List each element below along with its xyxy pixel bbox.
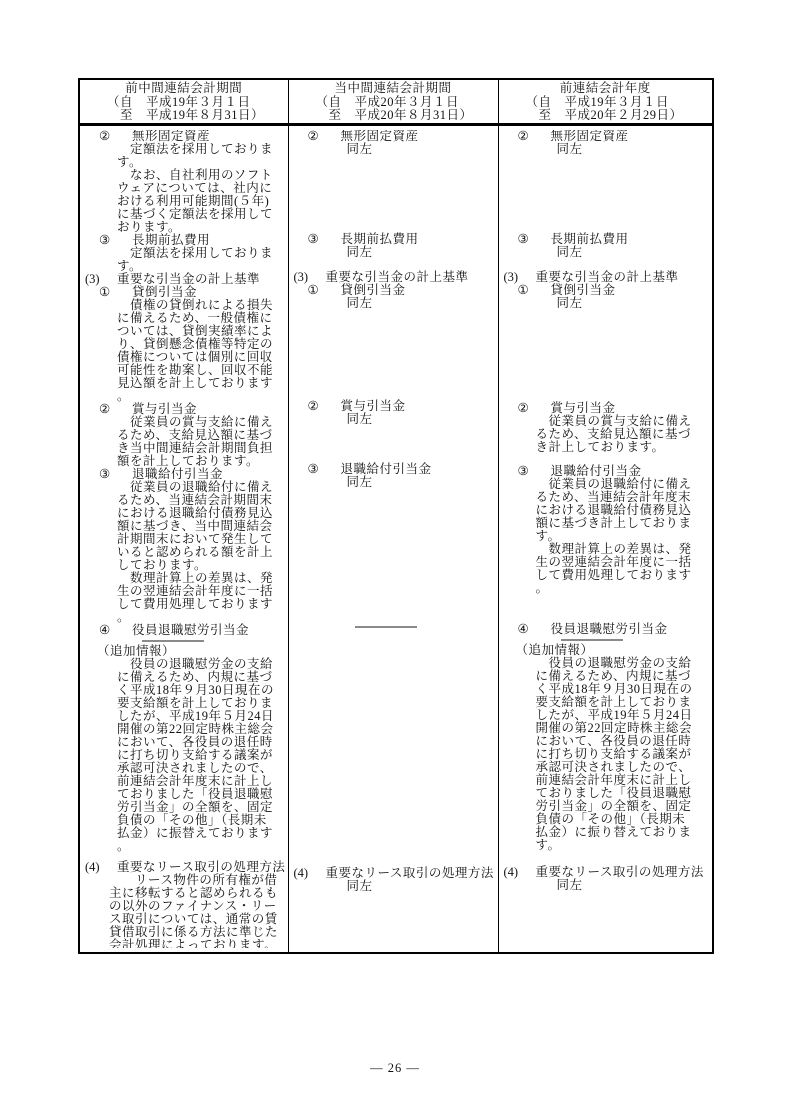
item-title: 重要なリース取引の処理方法 <box>117 860 285 874</box>
item-number: ② <box>518 130 551 143</box>
item-number: ③ <box>308 233 341 246</box>
item-title: 重要なリース取引の処理方法 <box>326 866 494 880</box>
item-title: 無形固定資産 <box>341 130 419 143</box>
item-heading: ②賞与引当金 <box>293 400 498 413</box>
period-title: 前連結会計年度 <box>499 82 713 96</box>
paragraph: 数理計算上の差異は、発生の翌連結会計年度に一括して費用処理しております。 <box>536 543 696 595</box>
item-heading: ③退職給付引当金 <box>84 468 288 481</box>
item-number: ④ <box>518 623 551 636</box>
item-title: 賞与引当金 <box>551 401 616 415</box>
paragraph: 従業員の賞与支給に備えるため、支給見込額に基づき計上しております。 <box>536 415 696 454</box>
paragraph: 定額法を採用しております。 <box>117 143 277 169</box>
item-number: ② <box>99 130 132 143</box>
item-title: 重要なリース取引の処理方法 <box>536 865 704 879</box>
ditto-same-as-left: 同左 <box>293 246 498 259</box>
item-title: 貸倒引当金 <box>132 285 197 299</box>
item-number: ③ <box>308 463 341 476</box>
period-title: 前中間連結会計期間 <box>80 82 288 96</box>
item-title: 退職給付引当金 <box>551 464 642 478</box>
spacer <box>293 489 498 623</box>
ditto-same-as-left: 同左 <box>503 297 713 310</box>
item-title: 退職給付引当金 <box>132 467 223 481</box>
item-number: ② <box>518 402 551 415</box>
section-heading: (4)重要なリース取引の処理方法 <box>293 867 498 880</box>
column-cell-prior-fiscal-year: ②無形固定資産同左③長期前払費用同左(3)重要な引当金の計上基準①貸倒引当金同左… <box>498 124 713 953</box>
period-from-date: （自 平成19年３月１日 <box>499 96 713 110</box>
ditto-same-as-left: 同左 <box>293 476 498 489</box>
column-cell-prior-interim-period: ②無形固定資産定額法を採用しております。なお、自社利用のソフトウェアについては、… <box>79 124 288 953</box>
separator-rule <box>142 640 204 642</box>
ditto-same-as-left: 同左 <box>503 879 713 892</box>
item-heading: ③長期前払費用 <box>503 233 713 246</box>
item-number: ① <box>308 284 341 297</box>
spacer <box>293 426 498 463</box>
document-page: 前中間連結会計期間（自 平成19年３月１日至 平成19年８月31日）当中間連結会… <box>0 0 790 1118</box>
additional-info-label: （追加情報） <box>84 645 288 658</box>
spacer <box>503 595 713 623</box>
paragraph: 従業員の退職給付に備えるため、当連結会計期間末における退職給付債務見込額に基づき… <box>117 481 277 572</box>
item-number: (4) <box>294 867 326 880</box>
item-heading: ④役員退職慰労引当金 <box>503 623 713 636</box>
item-title: 長期前払費用 <box>341 232 419 246</box>
item-title: 賞与引当金 <box>132 402 197 416</box>
period-to-date: 至 平成20年８月31日） <box>289 109 498 123</box>
ditto-same-as-left: 同左 <box>293 143 498 156</box>
column-header-0: 前中間連結会計期間（自 平成19年３月１日至 平成19年８月31日） <box>79 79 288 124</box>
spacer <box>293 156 498 233</box>
item-number: (3) <box>85 273 117 286</box>
item-heading: ②賞与引当金 <box>503 402 713 415</box>
item-heading: ①貸倒引当金 <box>84 286 288 299</box>
item-number: ③ <box>518 465 551 478</box>
paragraph: 役員の退職慰労金の支給に備えるため、内規に基づく平成18年９月30日現在の要支給… <box>536 657 696 852</box>
column-header-1: 当中間連結会計期間（自 平成20年３月１日至 平成20年８月31日） <box>288 79 498 124</box>
item-title: 長期前払費用 <box>551 232 629 246</box>
item-title: 役員退職慰労引当金 <box>132 623 249 637</box>
item-title: 役員退職慰労引当金 <box>551 622 668 636</box>
period-from-date: （自 平成20年３月１日 <box>289 96 498 110</box>
ditto-same-as-left: 同左 <box>293 880 498 893</box>
item-title: 重要な引当金の計上基準 <box>536 270 679 284</box>
item-heading: ①貸倒引当金 <box>503 284 713 297</box>
period-title: 当中間連結会計期間 <box>289 82 498 96</box>
table-header-row: 前中間連結会計期間（自 平成19年３月１日至 平成19年８月31日）当中間連結会… <box>79 79 713 124</box>
item-title: 退職給付引当金 <box>341 462 432 476</box>
item-title: 重要な引当金の計上基準 <box>326 270 469 284</box>
item-heading: ②無形固定資産 <box>503 130 713 143</box>
separator-rule <box>355 626 417 628</box>
spacer <box>503 156 713 233</box>
paragraph: 定額法を採用しております。 <box>117 247 277 273</box>
item-heading: ②賞与引当金 <box>84 403 288 416</box>
separator-rule <box>561 639 623 641</box>
item-heading: ③長期前払費用 <box>84 234 288 247</box>
item-heading: ④役員退職慰労引当金 <box>84 624 288 637</box>
item-number: (4) <box>85 861 117 874</box>
item-heading: ③退職給付引当金 <box>293 463 498 476</box>
item-number: ① <box>99 286 132 299</box>
item-number: ③ <box>518 233 551 246</box>
item-number: (3) <box>504 271 536 284</box>
period-to-date: 至 平成19年８月31日） <box>80 109 288 123</box>
item-title: 長期前払費用 <box>132 233 210 247</box>
paragraph: 従業員の賞与支給に備えるため、支給見込額に基づき当中間連結会計期間負担額を計上し… <box>117 416 277 468</box>
paragraph: 従業員の退職給付に備えるため、当連結会計年度末における退職給付債務見込額に基づき… <box>536 478 696 543</box>
ditto-same-as-left: 同左 <box>293 297 498 310</box>
ditto-same-as-left: 同左 <box>503 143 713 156</box>
cell-content: ②無形固定資産定額法を採用しております。なお、自社利用のソフトウェアについては、… <box>84 130 288 948</box>
accounting-policies-table: 前中間連結会計期間（自 平成19年３月１日至 平成19年８月31日）当中間連結会… <box>78 78 714 954</box>
item-number: ③ <box>99 468 132 481</box>
period-to-date: 至 平成20年２月29日） <box>499 109 713 123</box>
period-from-date: （自 平成19年３月１日 <box>80 96 288 110</box>
item-title: 貸倒引当金 <box>551 283 616 297</box>
section-heading: (4)重要なリース取引の処理方法 <box>84 861 288 874</box>
item-number: (4) <box>504 866 536 879</box>
spacer <box>293 631 498 867</box>
column-cell-current-interim-period: ②無形固定資産同左③長期前払費用同左(3)重要な引当金の計上基準①貸倒引当金同左… <box>288 124 498 953</box>
item-heading: ②無形固定資産 <box>84 130 288 143</box>
item-number: ③ <box>99 234 132 247</box>
additional-info-label: （追加情報） <box>503 644 713 657</box>
item-heading: ③長期前払費用 <box>293 233 498 246</box>
ditto-same-as-left: 同左 <box>293 413 498 426</box>
section-heading: (4)重要なリース取引の処理方法 <box>503 866 713 879</box>
spacer <box>503 310 713 402</box>
item-number: ① <box>518 284 551 297</box>
table-body-row: ②無形固定資産定額法を採用しております。なお、自社利用のソフトウェアについては、… <box>79 124 713 953</box>
page-number: ― 26 ― <box>0 1061 790 1076</box>
cell-content: ②無形固定資産同左③長期前払費用同左(3)重要な引当金の計上基準①貸倒引当金同左… <box>503 130 713 948</box>
spacer <box>293 310 498 400</box>
item-number: ② <box>99 403 132 416</box>
item-heading: ③退職給付引当金 <box>503 465 713 478</box>
item-heading: ②無形固定資産 <box>293 130 498 143</box>
item-title: 賞与引当金 <box>341 399 406 413</box>
item-title: 無形固定資産 <box>132 130 210 143</box>
item-number: (3) <box>294 271 326 284</box>
item-number: ② <box>308 400 341 413</box>
item-title: 重要な引当金の計上基準 <box>117 272 260 286</box>
item-heading: ①貸倒引当金 <box>293 284 498 297</box>
paragraph: なお、自社利用のソフトウェアについては、社内における利用可能期間(５年)に基づく… <box>117 169 277 234</box>
item-title: 貸倒引当金 <box>341 283 406 297</box>
item-number: ② <box>308 130 341 143</box>
paragraph: 役員の退職慰労金の支給に備えるため、内規に基づく平成18年９月30日現在の要支給… <box>117 658 277 853</box>
cell-content: ②無形固定資産同左③長期前払費用同左(3)重要な引当金の計上基準①貸倒引当金同左… <box>293 130 498 948</box>
column-header-2: 前連結会計年度（自 平成19年３月１日至 平成20年２月29日） <box>498 79 713 124</box>
paragraph: 数理計算上の差異は、発生の翌連結会計年度に一括して費用処理しております。 <box>117 572 277 624</box>
paragraph: 債権の貸倒れによる損失に備えるため、一般債権については、貸倒実績率により、貸倒懸… <box>117 299 277 403</box>
item-title: 無形固定資産 <box>551 130 629 143</box>
paragraph: リース物件の所有権が借主に移転すると認められるもの以外のファイナンス・リース取引… <box>109 874 279 948</box>
item-number: ④ <box>99 624 132 637</box>
ditto-same-as-left: 同左 <box>503 246 713 259</box>
